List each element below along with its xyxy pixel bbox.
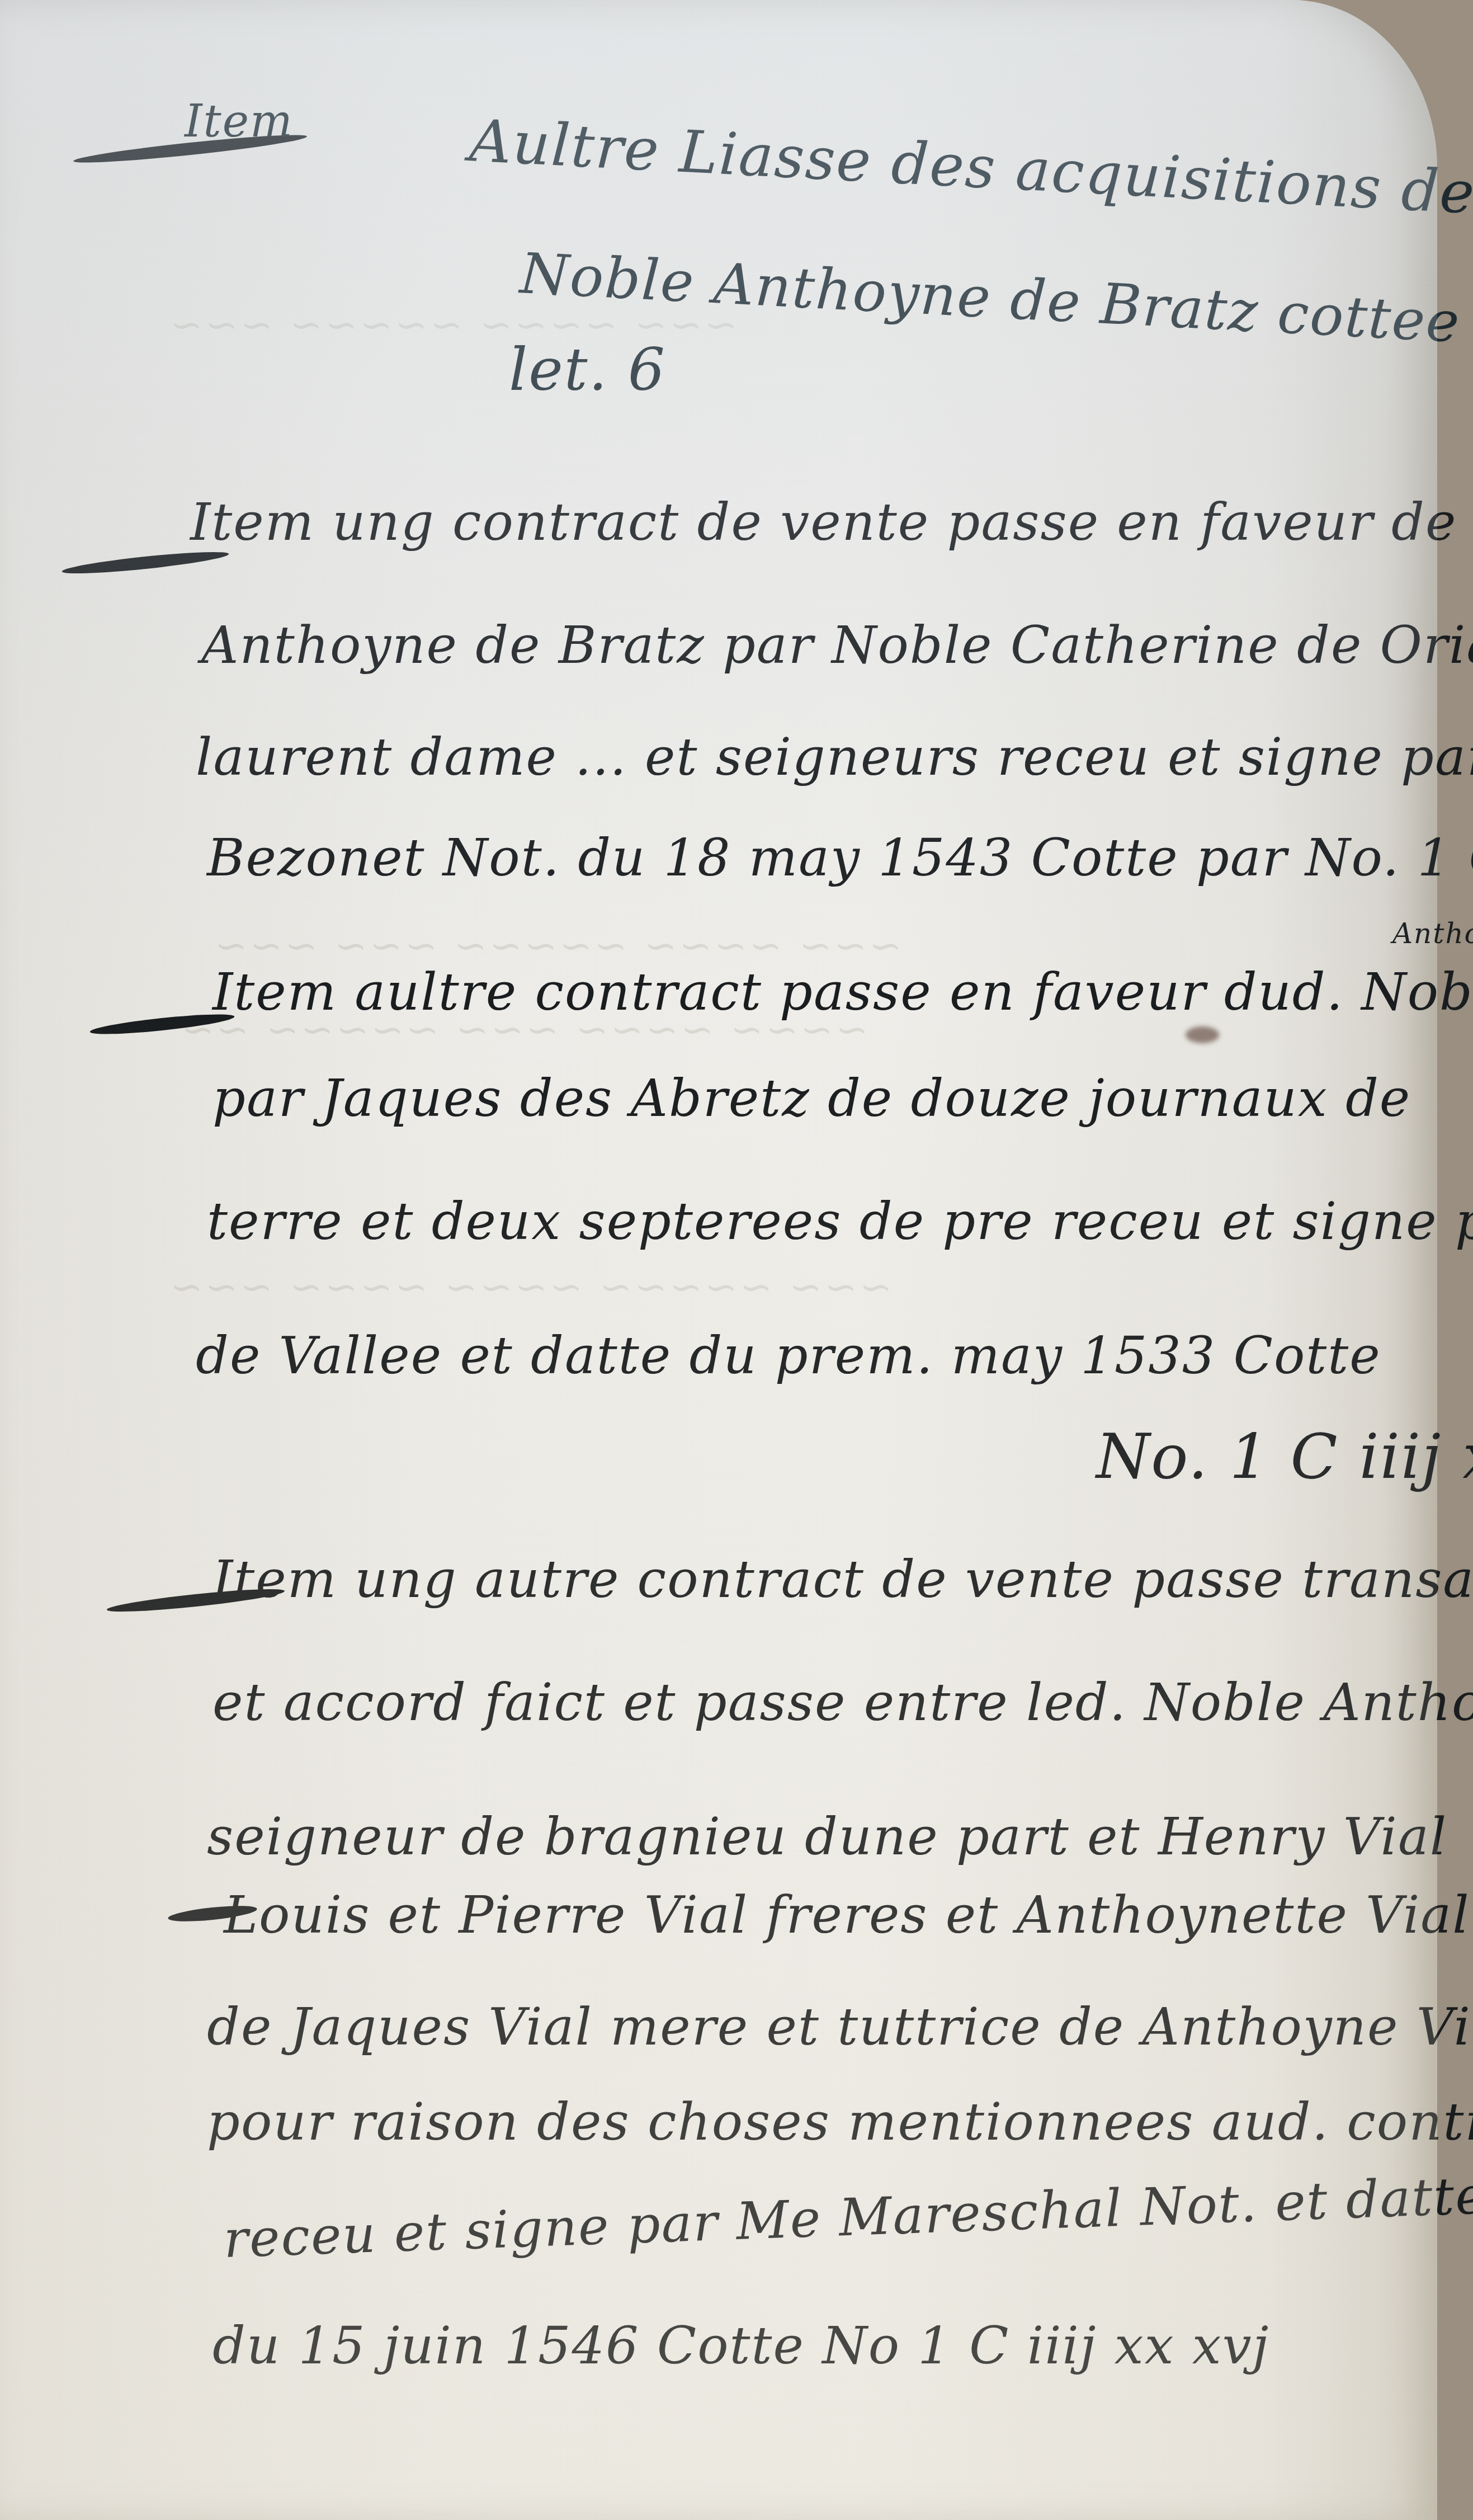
bleed-through-text: ~~~ ~~~~~ ~~~~ ~~~~ ~~~ bbox=[168, 1264, 892, 1310]
entry-1-line-4: Bezonet Not. du 18 may 1543 Cotte par No… bbox=[207, 828, 1473, 888]
entry-3-line-6: pour raison des choses mentionnees aud. … bbox=[207, 2092, 1473, 2152]
heading-line-1: Aultre Liasse des acquisitions de bbox=[468, 106, 1473, 227]
entry-3-line-2: et accord faict et passe entre led. Nobl… bbox=[213, 1673, 1473, 1732]
entry-1-line-1: Item ung contract de vente passe en fave… bbox=[190, 492, 1473, 552]
entry-3-line-8: du 15 juin 1546 Cotte No 1 C iiij xx xvj bbox=[213, 2316, 1269, 2376]
entry-3-line-5: de Jaques Vial mere et tuttrice de Antho… bbox=[207, 1997, 1473, 2057]
ink-blot bbox=[1186, 1026, 1219, 1043]
manuscript-page: ~~~ ~~~~ ~~~~~ ~~~ ~~~ ~~~~ ~~~~~ ~~~ ~~… bbox=[0, 0, 1437, 2520]
item-flourish bbox=[62, 548, 230, 577]
heading-line-3: let. 6 bbox=[509, 336, 666, 404]
margin-note: Anthoyne bbox=[1392, 917, 1473, 950]
entry-2-line-4: de Vallee et datte du prem. may 1533 Cot… bbox=[196, 1326, 1381, 1386]
entry-3-line-3: seigneur de bragnieu dune part et Henry … bbox=[207, 1807, 1447, 1867]
marginal-mark: Item bbox=[185, 95, 294, 147]
entry-2-line-3: terre et deux septerees de pre receu et … bbox=[207, 1191, 1473, 1251]
entry-1-line-2: Anthoyne de Bratz par Noble Catherine de… bbox=[201, 615, 1473, 675]
entry-1-line-3: laurent dame ... et seigneurs receu et s… bbox=[196, 727, 1473, 787]
entry-3-line-1: Item ung autre contract de vente passe t… bbox=[213, 1549, 1473, 1609]
entry-2-line-1: Item aultre contract passe en faveur dud… bbox=[213, 962, 1473, 1022]
entry-3-line-4: Louis et Pierre Vial freres et Anthoynet… bbox=[224, 1885, 1470, 1945]
entry-3-line-7: receu et signe par Me Mareschal Not. et … bbox=[223, 2165, 1473, 2269]
entry-2-cote: No. 1 C iiij xx bbox=[1096, 1421, 1473, 1492]
entry-2-line-2: par Jaques des Abretz de douze journaux … bbox=[213, 1068, 1411, 1128]
